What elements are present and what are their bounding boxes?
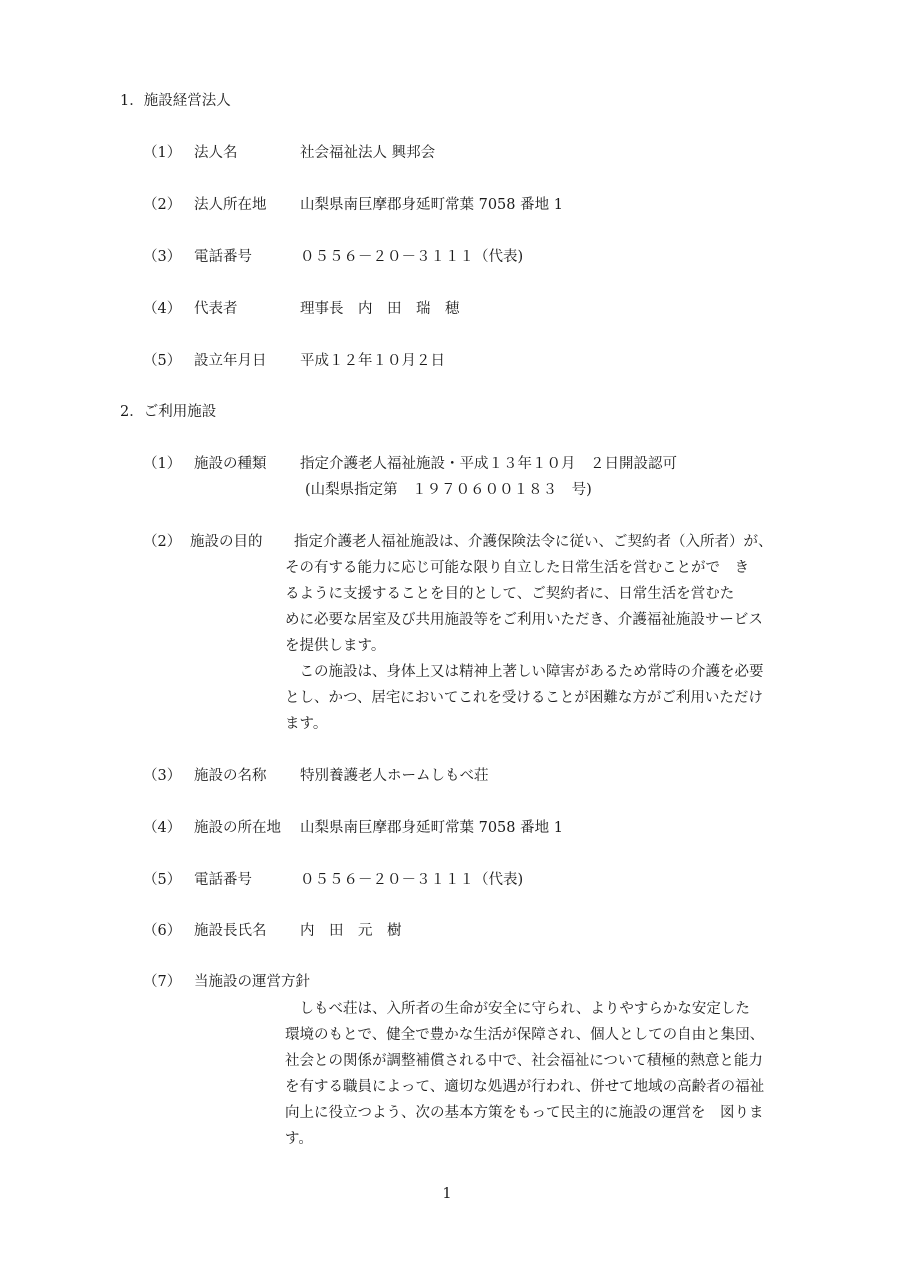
item-label: 施設の所在地 [194,818,281,838]
paragraph-line: この施設は、身体上又は精神上著しい障害があるため常時の介護を必要 [285,659,780,685]
paragraph-line: 向上に役立つよう、次の基本方策をもって民主的に施設の運営を 図りま [285,1100,780,1126]
item-label: 法人所在地 [194,195,267,215]
item-number: （1） [143,143,181,163]
paragraph-line: その有する能力に応じ可能な限り自立した日常生活を営むことがで き [285,555,780,581]
item-label: 代表者 [194,299,238,319]
item-number: （4） [143,299,181,319]
item-value: 山梨県南巨摩郡身延町常葉 7058 番地 1 [300,818,563,838]
item-value: 山梨県南巨摩郡身延町常葉 7058 番地 1 [300,195,563,215]
item-value: ０５５６－２０－３１１１（代表) [300,870,523,890]
paragraph-line: を有する職員によって、適切な処遇が行われ、併せて地域の高齢者の福祉 [285,1074,780,1100]
page-number: 1 [0,1184,894,1204]
purpose-paragraph: その有する能力に応じ可能な限り自立した日常生活を営むことがで き るように支援す… [285,555,780,737]
item-number: （4） [143,818,181,838]
item-number: （6） [143,921,181,941]
policy-paragraph: しもべ荘は、入所者の生命が安全に守られ、よりやすらかな安定した 環境のもとで、健… [285,996,780,1152]
item-number: （5） [143,870,181,890]
item-number: （5） [143,351,181,371]
item-value-sub: (山梨県指定第 １９７０６００１８３ 号) [305,480,592,500]
paragraph-line: ます。 [285,711,780,737]
item-value: ０５５６－２０－３１１１（代表) [300,247,523,267]
item-number: （3） [143,247,181,267]
item-label: 設立年月日 [194,351,267,371]
item-label: 法人名 [194,143,238,163]
section-heading: 2．ご利用施設 [120,402,216,422]
section-heading: 1．施設経営法人 [120,91,231,111]
item-label: 施設長氏名 [194,921,267,941]
item-label: 電話番号 [194,870,252,890]
item-value: 指定介護老人福祉施設・平成１３年１０月 ２日開設認可 [300,454,677,474]
paragraph-line: 社会との関係が調整補償される中で、社会福祉について積極的熱意と能力 [285,1048,780,1074]
item-value: 平成１２年１０月２日 [300,351,445,371]
item-value: 内 田 元 樹 [300,921,402,941]
paragraph-line: 環境のもとで、健全で豊かな生活が保障され、個人としての自由と集団、 [285,1022,780,1048]
item-label: 電話番号 [194,247,252,267]
item-label: 施設の名称 [194,766,267,786]
paragraph-line: す。 [285,1126,780,1152]
paragraph-line: るように支援することを目的として、ご契約者に、日常生活を営むた [285,581,780,607]
item-number: （2） [143,532,181,552]
item-number: （7） [143,972,181,992]
paragraph-line: を提供します。 [285,633,780,659]
paragraph-line: とし、かつ、居宅においてこれを受けることが困難な方がご利用いただけ [285,685,780,711]
item-label: 当施設の運営方針 [194,972,310,992]
item-label: 施設の種類 [194,454,267,474]
item-value: 指定介護老人福祉施設は、介護保険法令に従い、ご契約者（入所者）が、 [294,532,773,552]
item-label: 施設の目的 [190,532,263,552]
item-number: （1） [143,454,181,474]
item-value: 理事長 内 田 瑞 穂 [300,299,460,319]
item-number: （3） [143,766,181,786]
paragraph-line: めに必要な居室及び共用施設等をご利用いただき、介護福祉施設サービス [285,607,780,633]
item-value: 特別養護老人ホームしもべ荘 [300,766,489,786]
item-number: （2） [143,195,181,215]
item-value: 社会福祉法人 興邦会 [300,143,435,163]
paragraph-line: しもべ荘は、入所者の生命が安全に守られ、よりやすらかな安定した [285,996,780,1022]
